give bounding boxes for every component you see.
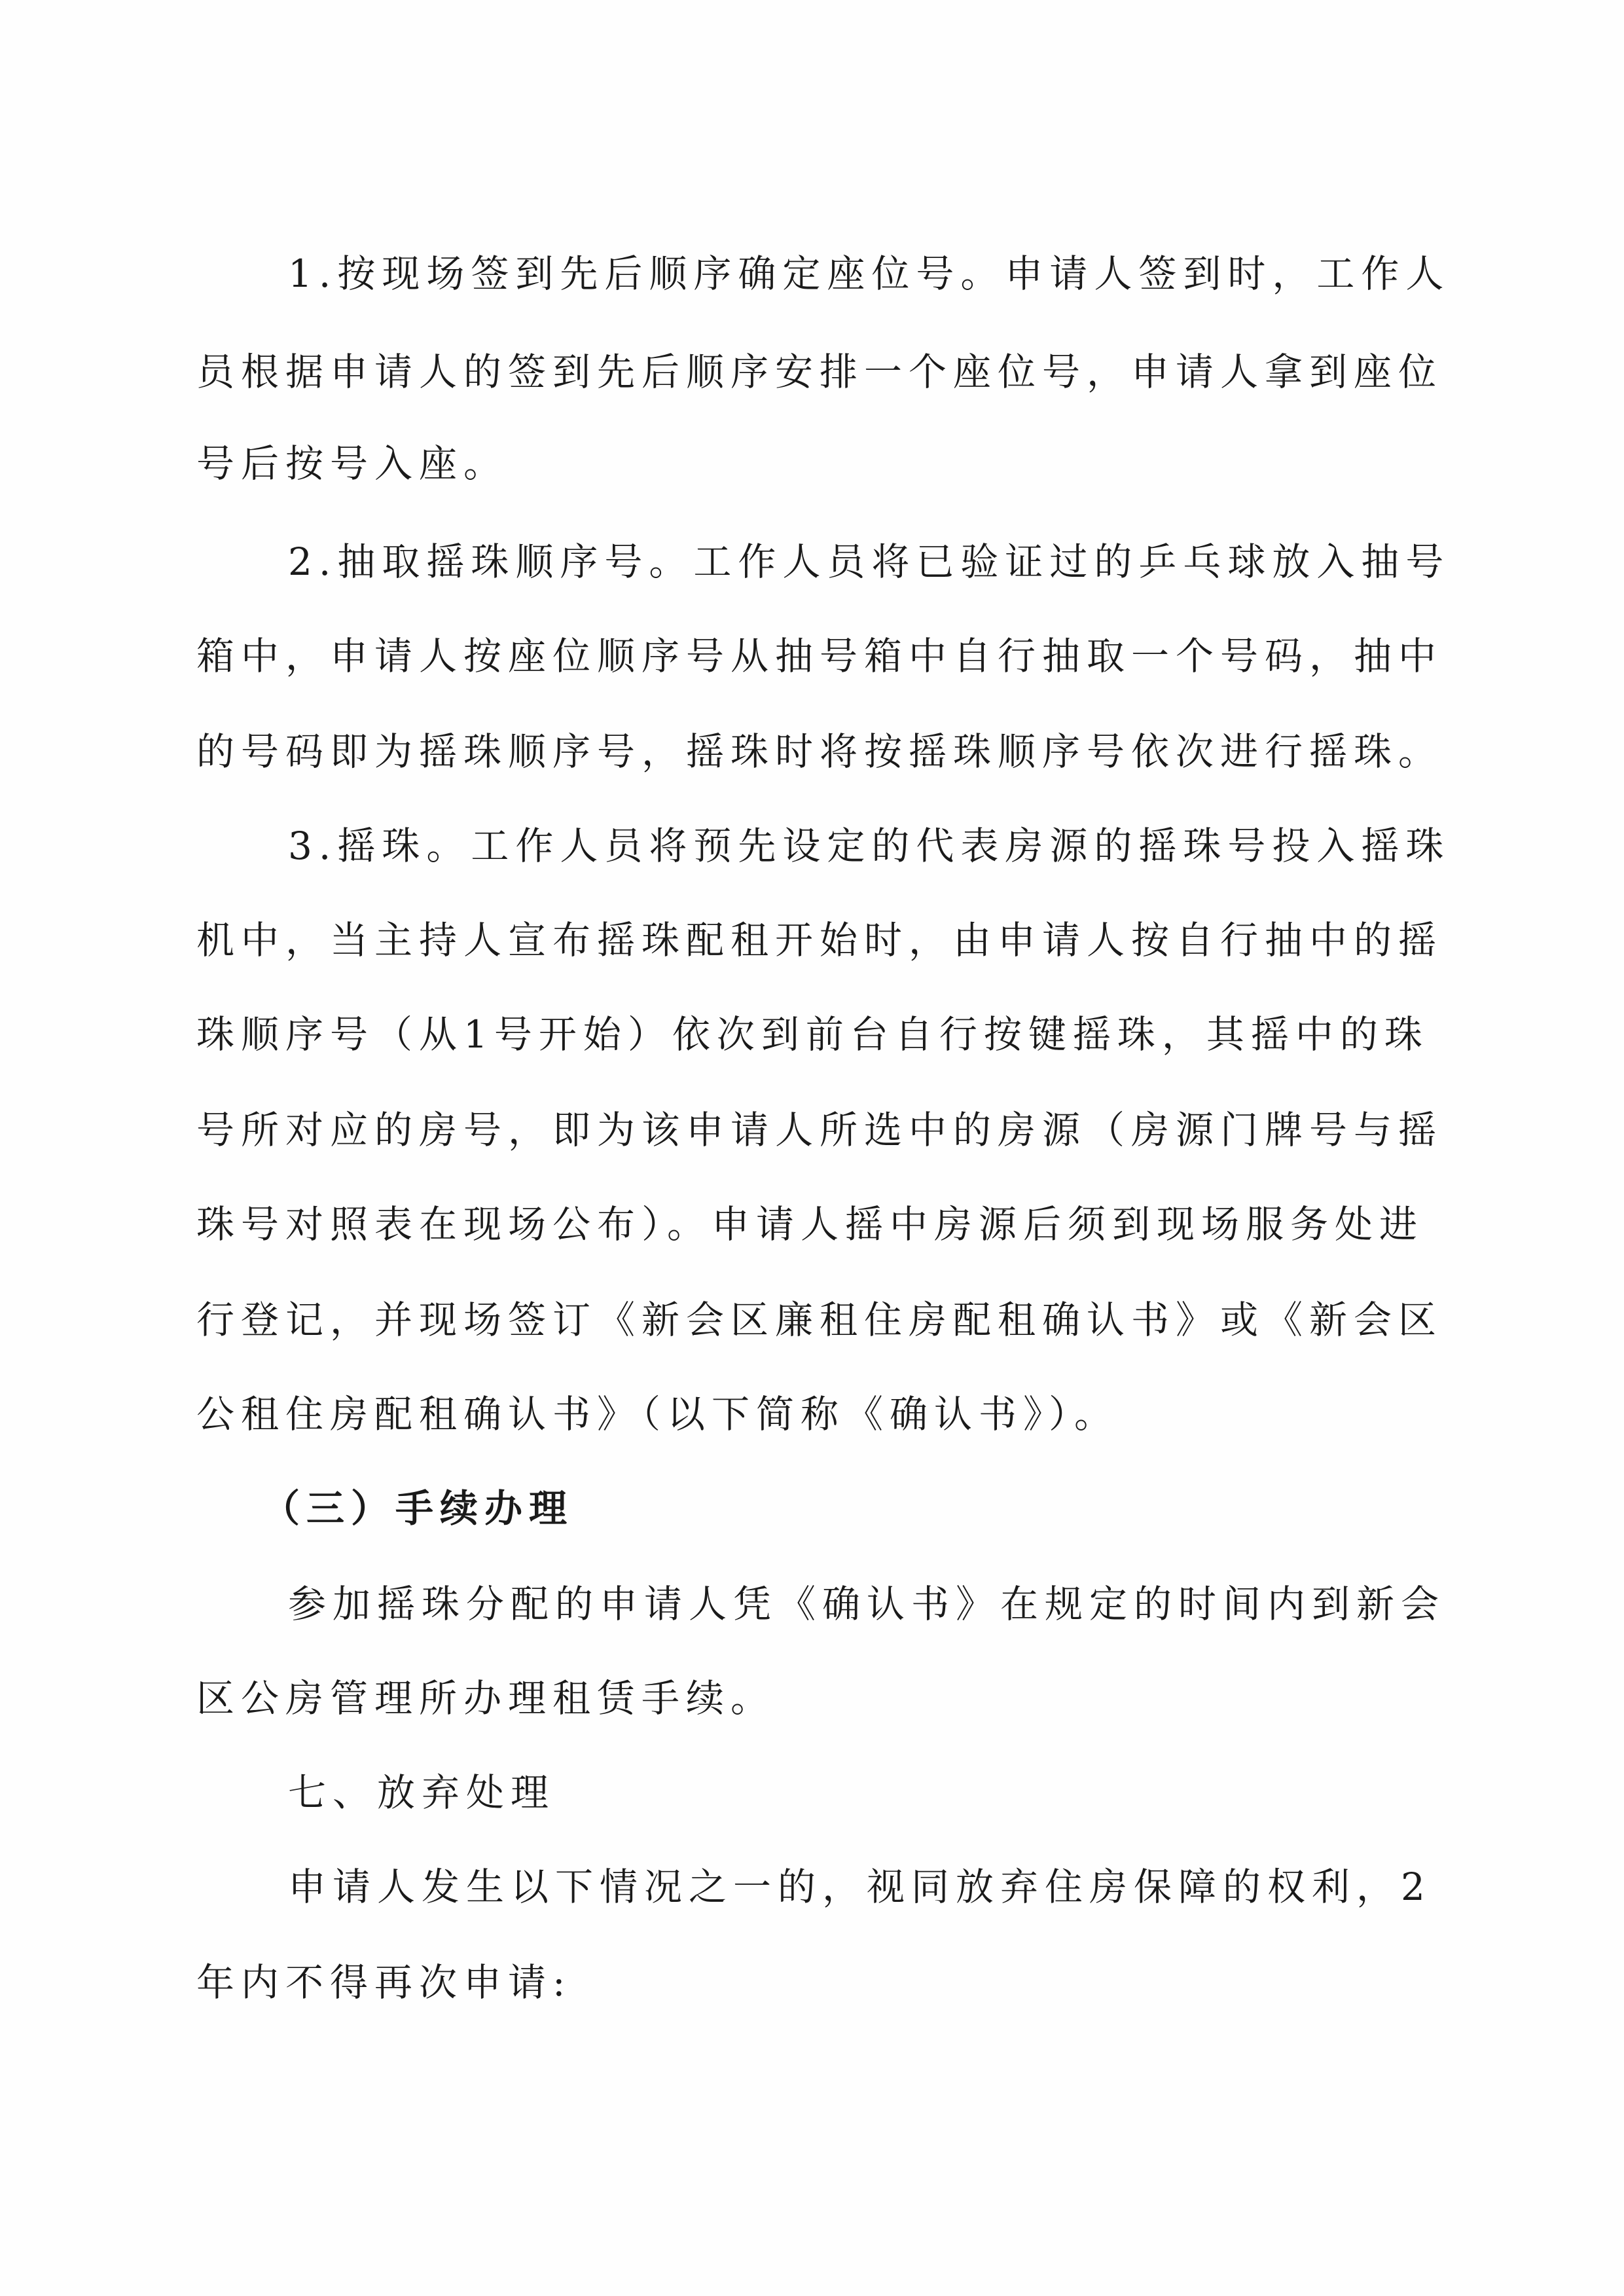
paragraph-procedure-line-1: 参加摇珠分配的申请人凭《确认书》在规定的时间内到新会 [288, 1578, 1427, 1630]
paragraph-step-3-line-1: 3.摇珠。工作人员将预先设定的代表房源的摇珠号投入摇珠 [288, 820, 1427, 872]
paragraph-step-1-line-3: 号后按号入座。 [196, 437, 1427, 490]
paragraph-step-2-line-2: 箱中，申请人按座位顺序号从抽号箱中自行抽取一个号码，抽中 [196, 630, 1427, 682]
paragraph-procedure-line-2: 区公房管理所办理租赁手续。 [196, 1672, 1427, 1724]
paragraph-abandon-line-2: 年内不得再次申请: [196, 1956, 1427, 2009]
paragraph-step-1-line-2: 员根据申请人的签到先后顺序安排一个座位号，申请人拿到座位 [196, 346, 1427, 398]
paragraph-step-3-line-7: 公租住房配租确认书》（以下简称《确认书》）。 [196, 1388, 1427, 1440]
paragraph-step-3-line-5: 珠号对照表在现场公布）。申请人摇中房源后须到现场服务处进 [196, 1198, 1427, 1250]
paragraph-step-3-line-4: 号所对应的房号，即为该申请人所选中的房源（房源门牌号与摇 [196, 1104, 1427, 1156]
paragraph-step-1-line-1: 1.按现场签到先后顺序确定座位号。申请人签到时，工作人 [288, 247, 1427, 300]
paragraph-step-2-line-1: 2.抽取摇珠顺序号。工作人员将已验证过的乒乓球放入抽号 [288, 536, 1427, 588]
paragraph-step-3-line-2: 机中，当主持人宣布摇珠配租开始时，由申请人按自行抽中的摇 [196, 914, 1427, 966]
paragraph-step-3-line-6: 行登记，并现场签订《新会区廉租住房配租确认书》或《新会区 [196, 1294, 1427, 1346]
section-heading-abandonment: 七、放弃处理 [288, 1766, 1427, 1819]
paragraph-step-3-line-3: 珠顺序号（从1号开始）依次到前台自行按键摇珠，其摇中的珠 [196, 1008, 1427, 1061]
document-page: 1.按现场签到先后顺序确定座位号。申请人签到时，工作人 员根据申请人的签到先后顺… [0, 0, 1624, 2296]
paragraph-step-2-line-3: 的号码即为摇珠顺序号，摇珠时将按摇珠顺序号依次进行摇珠。 [196, 725, 1427, 778]
paragraph-abandon-line-1: 申请人发生以下情况之一的，视同放弃住房保障的权利，2 [288, 1861, 1427, 1913]
section-heading-procedures: （三）手续办理 [262, 1482, 1401, 1535]
